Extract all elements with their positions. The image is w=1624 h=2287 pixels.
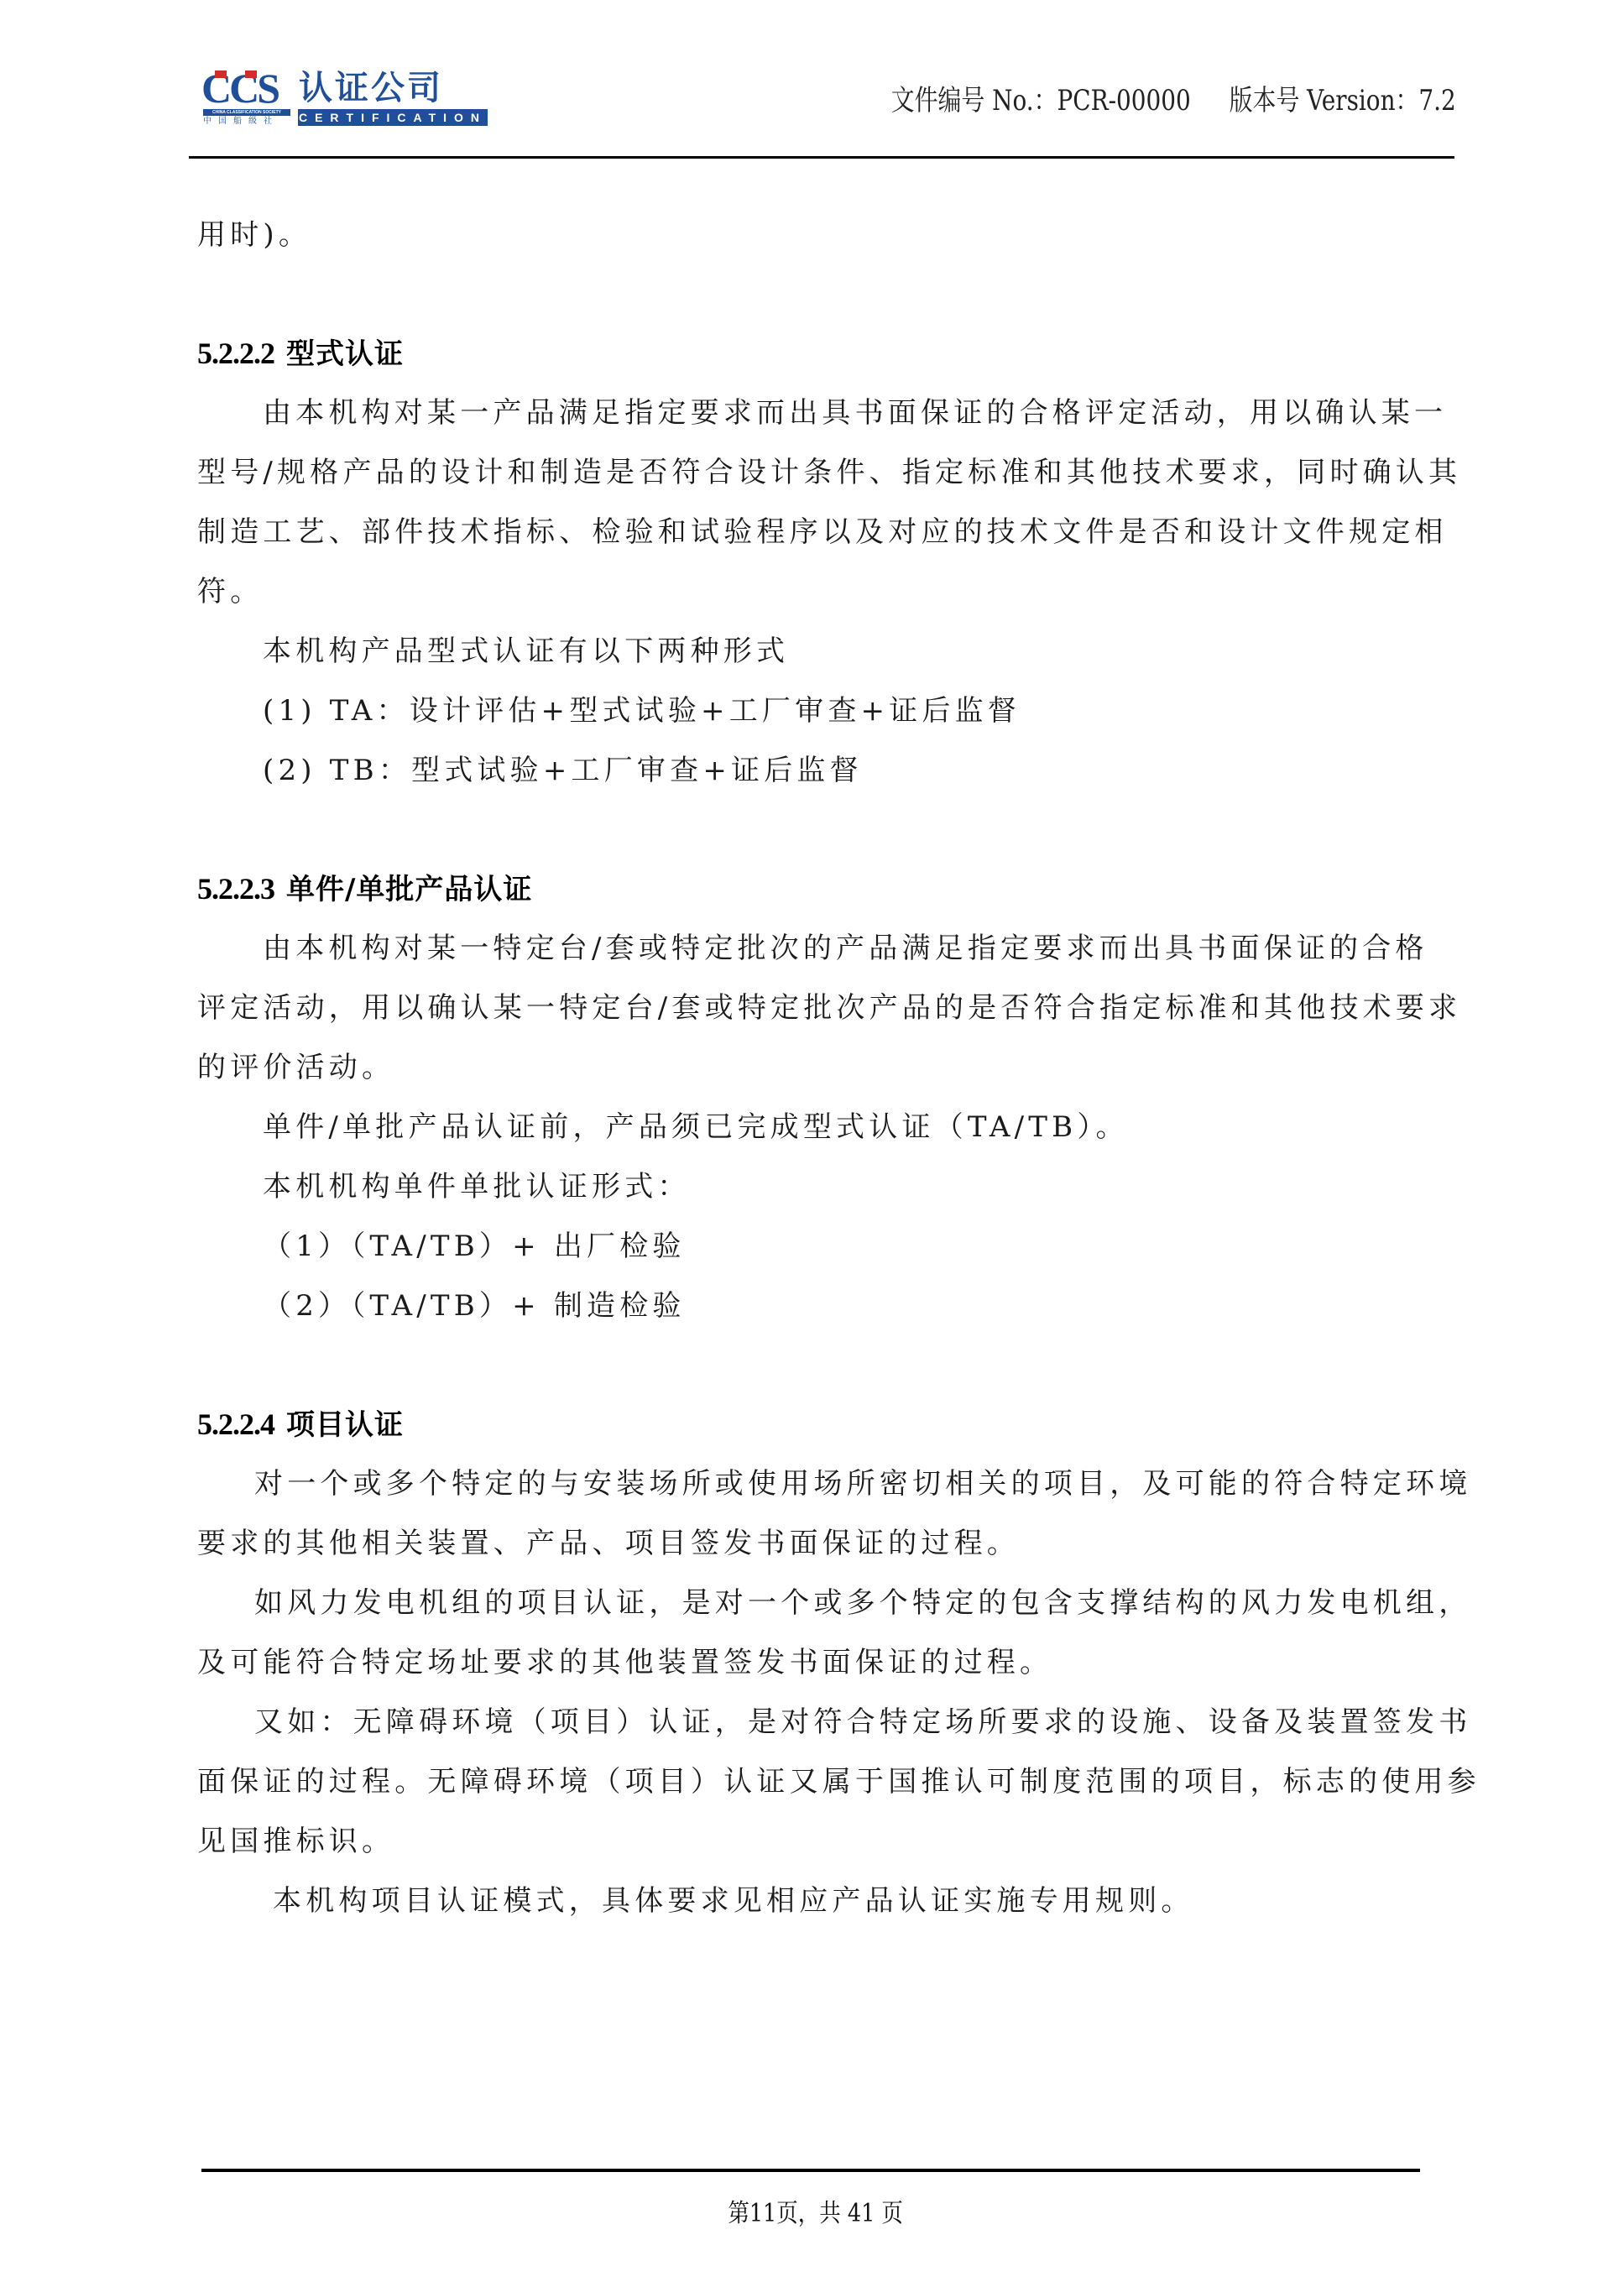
spacer [197,265,1460,324]
paragraph-line: 面保证的过程。无障碍环境（项目）认证又属于国推认可制度范围的项目，标志的使用参 [197,1752,1460,1812]
logo-ccs-wordmark: CCS [201,69,278,107]
paragraph-line: 见国推标识。 [197,1812,1460,1872]
logo-ccs-text: CCS [201,65,278,112]
paragraph-line: 本机机构单件单批认证形式： [197,1157,1460,1217]
section-title: 项目认证 [286,1408,404,1442]
list-item-manufacturing-inspection: （2）（TA/TB）+ 制造检验 [197,1277,1460,1336]
logo-red-accent [245,70,257,78]
paragraph-line: 及可能符合特定场址要求的其他装置签发书面保证的过程。 [197,1633,1460,1693]
paragraph-line: 评定活动，用以确认某一特定台/套或特定批次产品的是否符合指定标准和其他技术要求 [197,979,1460,1038]
section-heading-5-2-2-2: 5.2.2.2型式认证 [197,324,1460,384]
paragraph-line: 如风力发电机组的项目认证，是对一个或多个特定的包含支撑结构的风力发电机组， [197,1574,1460,1633]
document-meta: 文件编号 No.：PCR-00000版本号 Version：7.2 [891,84,1456,117]
continuation-text: 用时)。 [197,206,1460,265]
paragraph-line: 要求的其他相关装置、产品、项目签发书面保证的过程。 [197,1514,1460,1574]
logo-society-en: CHINA CLASSIFICATION SOCIETY [203,109,290,116]
document-body: 用时)。 5.2.2.2型式认证 由本机构对某一产品满足指定要求而出具书面保证的… [197,206,1460,1931]
list-item-ta: (1) TA：设计评估+型式试验+工厂审查+证后监督 [197,681,1460,741]
ccs-certification-logo: CCS CHINA CLASSIFICATION SOCIETY 中国船级社 认… [201,69,491,128]
paragraph-line: 本机构项目认证模式，具体要求见相应产品认证实施专用规则。 [197,1872,1460,1931]
paragraph-line: 的评价活动。 [197,1038,1460,1098]
page-number: 第11页，共 41 页 [125,2197,1506,2231]
logo-company-cn: 认证公司 [299,69,443,107]
section-heading-5-2-2-4: 5.2.2.4项目认证 [197,1395,1460,1454]
list-item-factory-inspection: （1）（TA/TB）+ 出厂检验 [197,1217,1460,1277]
section-number: 5.2.2.3 [197,872,274,906]
section-title: 单件/单批产品认证 [286,873,532,906]
section-number: 5.2.2.2 [197,337,274,370]
paragraph-line: 符。 [197,562,1460,622]
section-number: 5.2.2.4 [197,1407,274,1441]
document-version: 版本号 Version：7.2 [1230,84,1456,117]
paragraph-line: 由本机构对某一产品满足指定要求而出具书面保证的合格评定活动，用以确认某一 [197,384,1460,443]
logo-red-accent [215,70,227,78]
header-divider [189,156,1454,159]
paragraph-line: 本机构产品型式认证有以下两种形式 [197,622,1460,681]
logo-society-cn: 中国船级社 [203,117,290,127]
paragraph-line: 对一个或多个特定的与安装场所或使用场所密切相关的项目，及可能的符合特定环境 [197,1454,1460,1514]
logo-certification-bar: CERTIFICATION [298,109,488,126]
section-heading-5-2-2-3: 5.2.2.3单件/单批产品认证 [197,859,1460,919]
paragraph-line: 单件/单批产品认证前，产品须已完成型式认证（TA/TB）。 [197,1098,1460,1157]
spacer [197,801,1460,859]
paragraph-line: 制造工艺、部件技术指标、检验和试验程序以及对应的技术文件是否和设计文件规定相 [197,503,1460,562]
list-item-tb: (2) TB：型式试验+工厂审查+证后监督 [197,741,1460,801]
spacer [197,1336,1460,1395]
footer-divider [201,2169,1420,2172]
paragraph-line: 又如：无障碍环境（项目）认证，是对符合特定场所要求的设施、设备及装置签发书 [197,1693,1460,1752]
section-title: 型式认证 [286,337,404,371]
paragraph-line: 由本机构对某一特定台/套或特定批次的产品满足指定要求而出具书面保证的合格 [197,919,1460,979]
paragraph-line: 型号/规格产品的设计和制造是否符合设计条件、指定标准和其他技术要求，同时确认其 [197,443,1460,503]
document-number: 文件编号 No.：PCR-00000 [891,84,1191,117]
